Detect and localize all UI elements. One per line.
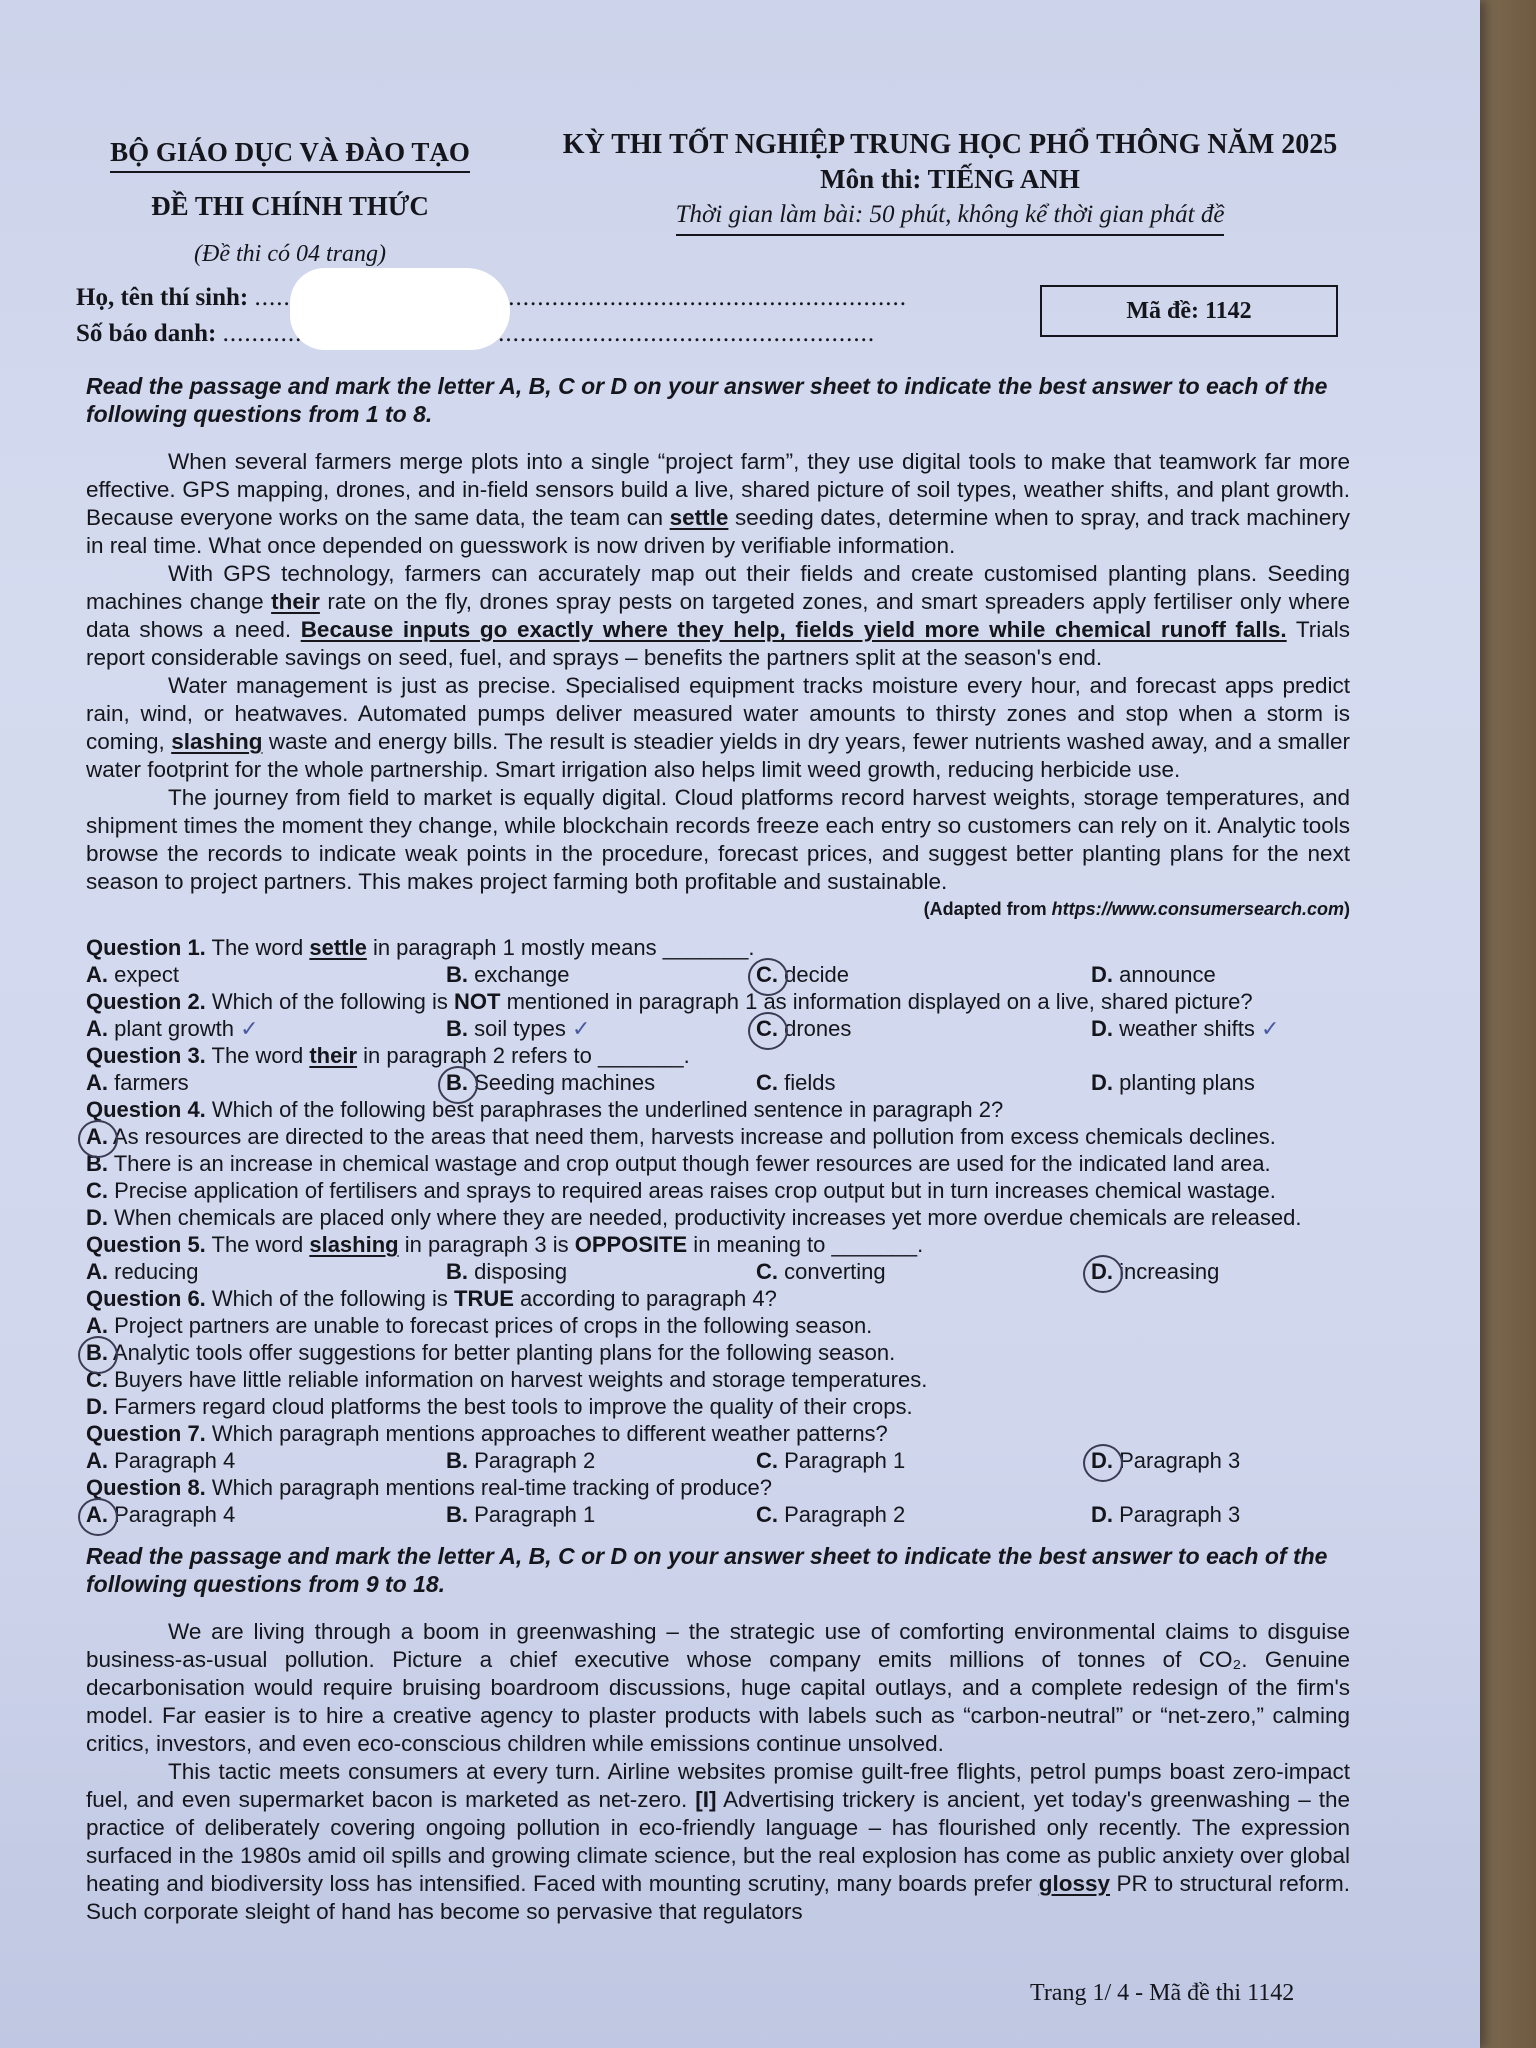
- option-A[interactable]: A. farmers: [86, 1069, 446, 1096]
- option-B[interactable]: B. Paragraph 2: [446, 1447, 756, 1474]
- question-2-options: A. plant growthB. soil typesC. dronesD. …: [86, 1015, 1350, 1042]
- question-4-options: A. As resources are directed to the area…: [86, 1123, 1350, 1231]
- option-A[interactable]: A. expect: [86, 961, 446, 988]
- passage1-source: (Adapted from https://www.consumersearch…: [86, 896, 1350, 922]
- header-right: KỲ THI TỐT NGHIỆP TRUNG HỌC PHỔ THÔNG NĂ…: [560, 128, 1340, 236]
- page-footer: Trang 1/ 4 - Mã đề thi 1142: [1030, 1980, 1294, 2007]
- section1-instruction: Read the passage and mark the letter A, …: [86, 372, 1350, 428]
- passage1-paragraph-3: Water management is just as precise. Spe…: [86, 672, 1350, 784]
- passage1-paragraph-2: With GPS technology, farmers can accurat…: [86, 560, 1350, 672]
- section2-instruction: Read the passage and mark the letter A, …: [86, 1542, 1350, 1598]
- option-C[interactable]: C. drones: [756, 1015, 1091, 1042]
- option-A[interactable]: A. Paragraph 4: [86, 1447, 446, 1474]
- option-C[interactable]: C. converting: [756, 1258, 1091, 1285]
- option-B[interactable]: B. Seeding machines: [446, 1069, 756, 1096]
- name-label: Họ, tên thí sinh:: [76, 284, 248, 311]
- header-left: BỘ GIÁO DỤC VÀ ĐÀO TẠO ĐỀ THI CHÍNH THỨC…: [100, 128, 480, 278]
- passage1-paragraph-4: The journey from field to market is equa…: [86, 784, 1350, 896]
- option-C[interactable]: C. decide: [756, 961, 1091, 988]
- question-8-options: A. Paragraph 4B. Paragraph 1C. Paragraph…: [86, 1501, 1350, 1528]
- option-C[interactable]: C. Precise application of fertilisers an…: [86, 1177, 1350, 1204]
- underlined-word-their: their: [271, 589, 320, 614]
- option-C[interactable]: C. Buyers have little reliable informati…: [86, 1366, 1350, 1393]
- option-D[interactable]: D. announce: [1091, 961, 1341, 988]
- question-1-stem: Question 1. The word settle in paragraph…: [86, 934, 1350, 961]
- option-D[interactable]: D. weather shifts: [1091, 1015, 1341, 1042]
- option-D[interactable]: D. planting plans: [1091, 1069, 1341, 1096]
- question-7-options: A. Paragraph 4B. Paragraph 2C. Paragraph…: [86, 1447, 1350, 1474]
- option-C[interactable]: C. Paragraph 2: [756, 1501, 1091, 1528]
- underlined-word-slashing: slashing: [171, 729, 262, 754]
- option-B[interactable]: B. There is an increase in chemical wast…: [86, 1150, 1350, 1177]
- insertion-marker: [I]: [695, 1787, 716, 1812]
- option-D[interactable]: D. When chemicals are placed only where …: [86, 1204, 1350, 1231]
- option-A[interactable]: A. Project partners are unable to foreca…: [86, 1312, 1350, 1339]
- redaction-mark: [290, 268, 510, 350]
- option-D[interactable]: D. Paragraph 3: [1091, 1447, 1341, 1474]
- option-C[interactable]: C. Paragraph 1: [756, 1447, 1091, 1474]
- question-5-options: A. reducingB. disposingC. convertingD. i…: [86, 1258, 1350, 1285]
- option-A[interactable]: A. reducing: [86, 1258, 446, 1285]
- underlined-sentence: Because inputs go exactly where they hel…: [301, 617, 1287, 642]
- question-list: Question 1. The word settle in paragraph…: [86, 934, 1350, 1528]
- official-label: ĐỀ THI CHÍNH THỨC: [100, 182, 480, 230]
- option-B[interactable]: B. soil types: [446, 1015, 756, 1042]
- underlined-word-glossy: glossy: [1039, 1871, 1110, 1896]
- question-6-options: A. Project partners are unable to foreca…: [86, 1312, 1350, 1420]
- question-2-stem: Question 2. Which of the following is NO…: [86, 988, 1350, 1015]
- option-B[interactable]: B. Paragraph 1: [446, 1501, 756, 1528]
- option-B[interactable]: B. disposing: [446, 1258, 756, 1285]
- question-7-stem: Question 7. Which paragraph mentions app…: [86, 1420, 1350, 1447]
- question-6-stem: Question 6. Which of the following is TR…: [86, 1285, 1350, 1312]
- exam-content: Read the passage and mark the letter A, …: [86, 372, 1350, 1926]
- id-label: Số báo danh:: [76, 320, 216, 347]
- exam-code-box: Mã đề: 1142: [1040, 285, 1338, 337]
- question-3-options: A. farmersB. Seeding machinesC. fieldsD.…: [86, 1069, 1350, 1096]
- question-3-stem: Question 3. The word their in paragraph …: [86, 1042, 1350, 1069]
- question-5-stem: Question 5. The word slashing in paragra…: [86, 1231, 1350, 1258]
- exam-title: KỲ THI TỐT NGHIỆP TRUNG HỌC PHỔ THÔNG NĂ…: [560, 128, 1340, 162]
- question-8-stem: Question 8. Which paragraph mentions rea…: [86, 1474, 1350, 1501]
- option-B[interactable]: B. Analytic tools offer suggestions for …: [86, 1339, 1350, 1366]
- passage2-paragraph-2: This tactic meets consumers at every tur…: [86, 1758, 1350, 1926]
- underlined-word-settle: settle: [670, 505, 729, 530]
- passage1-paragraph-1: When several farmers merge plots into a …: [86, 448, 1350, 560]
- passage2-paragraph-1: We are living through a boom in greenwas…: [86, 1618, 1350, 1758]
- question-4-stem: Question 4. Which of the following best …: [86, 1096, 1350, 1123]
- ministry-name: BỘ GIÁO DỤC VÀ ĐÀO TẠO: [110, 135, 470, 173]
- exam-time: Thời gian làm bài: 50 phút, không kể thờ…: [676, 198, 1225, 236]
- option-C[interactable]: C. fields: [756, 1069, 1091, 1096]
- question-1-options: A. expectB. exchangeC. decideD. announce: [86, 961, 1350, 988]
- option-A[interactable]: A. As resources are directed to the area…: [86, 1123, 1350, 1150]
- option-A[interactable]: A. Paragraph 4: [86, 1501, 446, 1528]
- option-D[interactable]: D. Farmers regard cloud platforms the be…: [86, 1393, 1350, 1420]
- option-D[interactable]: D. increasing: [1091, 1258, 1341, 1285]
- exam-subject: Môn thi: TIẾNG ANH: [560, 162, 1340, 196]
- option-A[interactable]: A. plant growth: [86, 1015, 446, 1042]
- option-D[interactable]: D. Paragraph 3: [1091, 1501, 1341, 1528]
- option-B[interactable]: B. exchange: [446, 961, 756, 988]
